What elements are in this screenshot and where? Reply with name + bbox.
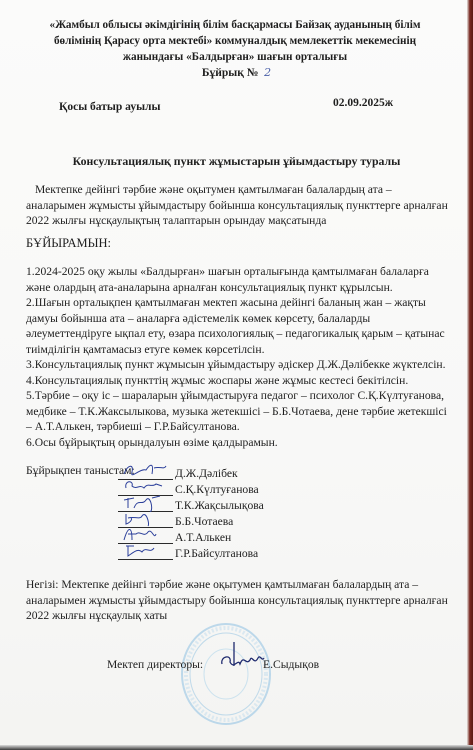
director-signature-icon	[218, 640, 266, 676]
item-line: 3.Консультациялық пункт жұмысын ұйымдаст…	[26, 357, 456, 373]
date: 02.09.2025ж	[333, 97, 393, 109]
intro-line: аналарымен жұмысты ұйымдастыру бойынша к…	[26, 198, 456, 214]
document-page: «Жамбыл облысы әкімдігінің білім басқарм…	[0, 0, 467, 745]
page-edge-bottom	[0, 745, 473, 750]
item-line: 4.Консультациялық пункттің жұмыс жоспары…	[26, 373, 456, 389]
director-label: Мектеп директоры:	[107, 658, 203, 671]
page-edge	[467, 0, 473, 750]
item-line: әлеуметтендіруге ықпал ету, өзара психол…	[26, 326, 456, 342]
director-name: Е.Сыдықов	[263, 658, 319, 671]
signatory-name: Б.Б.Чотаева	[175, 515, 233, 528]
signature-icon	[120, 540, 170, 560]
item-6: 6.Осы бұйрықтың орындалуын өзіме қалдыра…	[26, 436, 278, 449]
order-heading: БҰЙЫРАМЫН:	[26, 236, 111, 251]
signatory-name: Т.К.Жақсылықова	[175, 499, 264, 512]
order-number-handwritten: 2	[264, 66, 271, 79]
basis-line: Негізі: Мектепке дейінгі тәрбие және оқы…	[26, 577, 456, 593]
place: Қосы батыр ауылы	[59, 101, 160, 113]
header-line: бөлімінің Қарасу орта мектебі» коммуналд…	[30, 33, 440, 49]
signatory-row: Г.Р.Байсултанова	[118, 545, 258, 560]
item-line: 1.2024-2025 оқу жылы «Балдырған» шағын о…	[26, 264, 456, 280]
order-number: Бұйрық № 2	[0, 66, 473, 79]
header-line: «Жамбыл облысы әкімдігінің білім басқарм…	[30, 17, 440, 33]
item-line: 2.Шағын орталықпен қамтылмаған мектеп жа…	[26, 295, 456, 311]
item-line: – А.Т.Алькен, тәрбиеші – Г.Р.Байсултанов…	[26, 419, 456, 435]
basis-paragraph: Негізі: Мектепке дейінгі тәрбие және оқы…	[26, 577, 456, 624]
order-items: 1.2024-2025 оқу жылы «Балдырған» шағын о…	[26, 264, 456, 435]
item-line: медбике – Т.К.Жаксылыкова, музыка жетекш…	[26, 404, 456, 420]
item-line: және олардың ата-аналарына арналған конс…	[26, 280, 456, 296]
organization-header: «Жамбыл облысы әкімдігінің білім басқарм…	[30, 17, 440, 65]
intro-paragraph: Мектепке дейінгі тәрбие және оқытумен қа…	[26, 182, 456, 229]
item-line: 5.Тәрбие – оқу іс – шараларын ұйымдастыр…	[26, 388, 456, 404]
document-title: Консультациялық пункт жұмыстарын ұйымдас…	[0, 154, 473, 169]
header-line: жанындағы «Балдырған» шағын орталығы	[30, 49, 440, 65]
signatory-name: Д.Ж.Дәлібек	[175, 467, 238, 480]
intro-line: 2022 жылғы нұсқаулықтың талаптарын орынд…	[26, 213, 456, 229]
item-line: дамуы бойынша ата – аналарға әдістемелік…	[26, 311, 456, 327]
intro-line: Мектепке дейінгі тәрбие және оқытумен қа…	[26, 182, 456, 198]
item-line: тиімділігін қамтамасыз етуге көмек көрсе…	[26, 342, 456, 358]
basis-line: аналарымен жұмысты ұйымдастыру бойынша к…	[26, 593, 456, 609]
signatory-name: С.Қ.Күлтуғанова	[175, 483, 259, 496]
signature-line	[118, 546, 173, 560]
signatory-name: Г.Р.Байсултанова	[175, 547, 258, 560]
order-label: Бұйрық №	[202, 67, 258, 79]
signatory-name: А.Т.Алькен	[175, 531, 231, 544]
